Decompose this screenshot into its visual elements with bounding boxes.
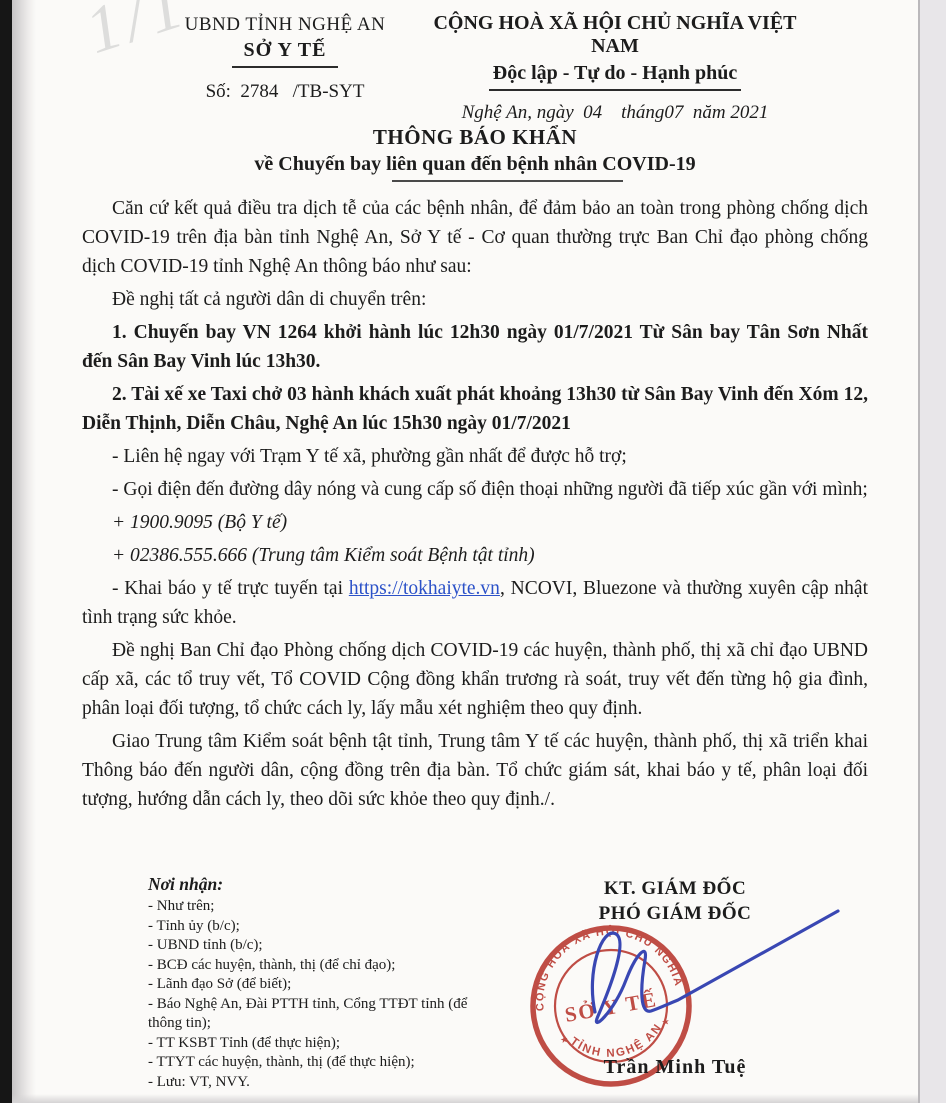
recipient-item: - Lưu: VT, NVY.: [148, 1073, 478, 1093]
recipient-item: - Như trên;: [148, 897, 478, 917]
online-declaration-pre: - Khai báo y tế trực tuyến tại: [112, 578, 349, 599]
paragraph-online-declaration: - Khai báo y tế trực tuyến tại https://t…: [82, 574, 868, 632]
signer-name: Trần Minh Tuệ: [480, 1056, 870, 1079]
recipient-item: - TT KSBT Tỉnh (để thực hiện);: [148, 1034, 478, 1054]
national-header-block: CỘNG HOÀ XÃ HỘI CHỦ NGHĨA VIỆT NAM Độc l…: [425, 12, 805, 124]
handwritten-signature: [540, 884, 870, 1044]
paragraph-basis: Căn cứ kết quả điều tra dịch tễ của các …: [82, 194, 868, 281]
place-and-date: Nghệ An, ngày 04 tháng07 năm 2021: [425, 102, 805, 124]
paragraph-request: Đề nghị tất cả người dân di chuyển trên:: [82, 285, 868, 314]
recipient-item: - UBND tỉnh (b/c);: [148, 936, 478, 956]
scan-edge-left: [0, 0, 12, 1103]
national-motto: Độc lập - Tự do - Hạnh phúc: [489, 62, 741, 91]
recipients-label: Nơi nhận:: [148, 874, 478, 895]
hotline-cdc: + 02386.555.666 (Trung tâm Kiểm soát Bện…: [82, 541, 868, 570]
document-number: Số: 2784 /TB-SYT: [110, 81, 460, 103]
recipients-block: Nơi nhận: - Như trên; - Tỉnh ủy (b/c); -…: [148, 874, 478, 1092]
issuer-block: UBND TỈNH NGHỆ AN SỞ Y TẾ Số: 2784 /TB-S…: [110, 14, 460, 103]
paragraph-call-hotline: - Gọi điện đến đường dây nóng và cung cấ…: [82, 475, 868, 504]
tokhaiyte-link[interactable]: https://tokhaiyte.vn: [349, 578, 500, 599]
hotline-moh: + 1900.9095 (Bộ Y tế): [82, 508, 868, 537]
scan-edge-bottom: [12, 1094, 918, 1103]
paragraph-contact-station: - Liên hệ ngay với Trạm Y tế xã, phường …: [82, 442, 868, 471]
recipient-item: - Lãnh đạo Sở (để biết);: [148, 975, 478, 995]
document-title: THÔNG BÁO KHẨN: [82, 124, 868, 151]
scan-edge-left-shadow: [12, 0, 36, 1103]
paragraph-steering-committee: Đề nghị Ban Chỉ đạo Phòng chống dịch COV…: [82, 636, 868, 723]
issuer-parent-org: UBND TỈNH NGHỆ AN: [110, 14, 460, 36]
recipient-item: - Tỉnh ủy (b/c);: [148, 917, 478, 937]
paragraph-flight-1: 1. Chuyến bay VN 1264 khởi hành lúc 12h3…: [82, 318, 868, 376]
national-title: CỘNG HOÀ XÃ HỘI CHỦ NGHĨA VIỆT NAM: [425, 12, 805, 58]
recipient-item: - BCĐ các huyện, thành, thị (để chỉ đạo)…: [148, 956, 478, 976]
recipient-item: - Báo Nghệ An, Đài PTTH tỉnh, Cổng TTĐT …: [148, 995, 478, 1034]
document-subtitle: về Chuyến bay liên quan đến bệnh nhân CO…: [82, 151, 868, 178]
document-body: THÔNG BÁO KHẨN về Chuyến bay liên quan đ…: [82, 124, 868, 818]
issuer-org: SỞ Y TẾ: [232, 39, 339, 68]
paragraph-taxi-2: 2. Tài xế xe Taxi chở 03 hành khách xuất…: [82, 380, 868, 438]
scan-edge-right: [918, 0, 946, 1103]
paragraph-cdc-assignment: Giao Trung tâm Kiểm soát bệnh tật tỉnh, …: [82, 727, 868, 814]
recipient-item: - TTYT các huyện, thành, thị (để thực hi…: [148, 1053, 478, 1073]
scanned-document-page: 1/1 UBND TỈNH NGHỆ AN SỞ Y TẾ Số: 2784 /…: [0, 0, 946, 1103]
